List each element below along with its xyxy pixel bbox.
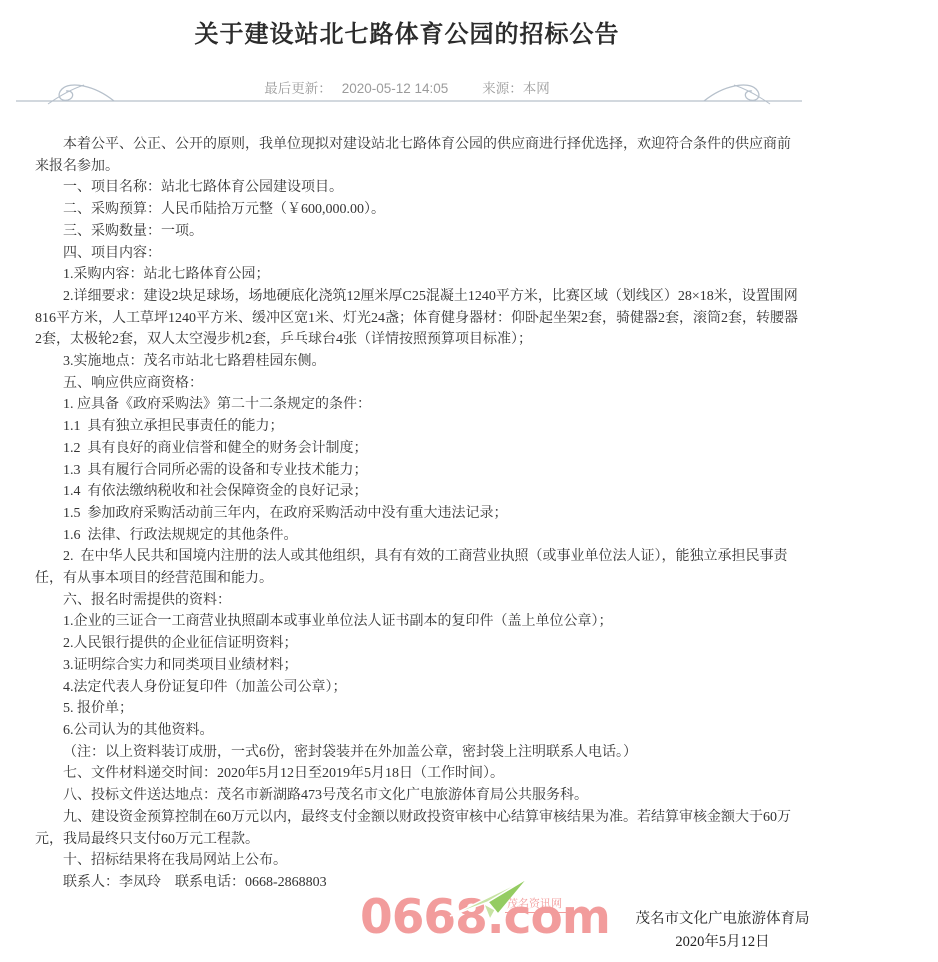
body-paragraph: 2. 在中华人民共和国境内注册的法人或其他组织，具有有效的工商营业执照（或事业单… (35, 546, 801, 589)
body-paragraph: 3.证明综合实力和同类项目业绩材料； (35, 655, 801, 677)
body-paragraph: 1.2 具有良好的商业信誉和健全的财务会计制度； (35, 438, 801, 460)
body-paragraph: 一、项目名称：站北七路体育公园建设项目。 (35, 177, 801, 199)
body-paragraph: 1.3 具有履行合同所必需的设备和专业技术能力； (35, 460, 801, 482)
body-paragraph: 八、投标文件送达地点：茂名市新湖路473号茂名市文化广电旅游体育局公共服务科。 (35, 785, 801, 807)
body-paragraph: 二、采购预算：人民币陆拾万元整（￥600,000.00）。 (35, 199, 801, 221)
body-paragraph: 1.4 有依法缴纳税收和社会保障资金的良好记录； (35, 481, 801, 503)
body-paragraph: 七、文件材料递交时间：2020年5月12日至2019年5月18日（工作时间）。 (35, 763, 801, 785)
body-paragraph: 2.人民银行提供的企业征信证明资料； (35, 633, 801, 655)
signature-block: 茂名市文化广电旅游体育局 2020年5月12日 (605, 908, 840, 954)
body-paragraph: 五、响应供应商资格： (35, 373, 801, 395)
body-paragraph: 十、招标结果将在我局网站上公布。 (35, 850, 801, 872)
body-paragraph: 四、项目内容： (35, 243, 801, 265)
body-paragraph: 4.法定代表人身份证复印件（加盖公司公章）； (35, 677, 801, 699)
body-paragraph: 1. 应具备《政府采购法》第二十二条规定的条件： (35, 394, 801, 416)
cloud-curl-right-icon (704, 85, 759, 101)
body-paragraph: 九、建设资金预算控制在60万元以内，最终支付金额以财政投资审核中心结算审核结果为… (35, 807, 801, 850)
page-title: 关于建设站北七路体育公园的招标公告 (17, 20, 797, 50)
announcement-body: 本着公平、公正、公开的原则，我单位现拟对建设站北七路体育公园的供应商进行择优选择… (35, 134, 801, 894)
body-paragraph: （注：以上资料装订成册，一式6份，密封袋装并在外加盖公章，密封袋上注明联系人电话… (35, 742, 801, 764)
body-paragraph: 本着公平、公正、公开的原则，我单位现拟对建设站北七路体育公园的供应商进行择优选择… (35, 134, 801, 177)
body-paragraph: 6.公司认为的其他资料。 (35, 720, 801, 742)
body-paragraph: 1.6 法律、行政法规规定的其他条件。 (35, 525, 801, 547)
body-paragraph: 2.详细要求：建设2块足球场，场地硬底化浇筑12厘米厚C25混凝土1240平方米… (35, 286, 801, 351)
body-paragraph: 1.1 具有独立承担民事责任的能力； (35, 416, 801, 438)
body-paragraph: 1.5 参加政府采购活动前三年内，在政府采购活动中没有重大违法记录； (35, 503, 801, 525)
cloud-curl-left-icon (59, 85, 114, 101)
signature-date: 2020年5月12日 (605, 931, 840, 954)
announcement-page: 关于建设站北七路体育公园的招标公告 最后更新：2020-05-12 14:05来… (0, 0, 938, 962)
body-paragraph: 3.实施地点：茂名市站北七路碧桂园东侧。 (35, 351, 801, 373)
body-paragraph: 三、采购数量：一项。 (35, 221, 801, 243)
cloud-divider (14, 75, 804, 109)
body-paragraph: 1.企业的三证合一工商营业执照副本或事业单位法人证书副本的复印件（盖上单位公章）… (35, 611, 801, 633)
body-paragraph: 六、报名时需提供的资料： (35, 590, 801, 612)
body-paragraph: 1.采购内容：站北七路体育公园； (35, 264, 801, 286)
watermark-site-name: 茂名资讯网 (505, 895, 576, 913)
signature-org: 茂名市文化广电旅游体育局 (605, 908, 840, 931)
body-paragraph: 5. 报价单； (35, 698, 801, 720)
